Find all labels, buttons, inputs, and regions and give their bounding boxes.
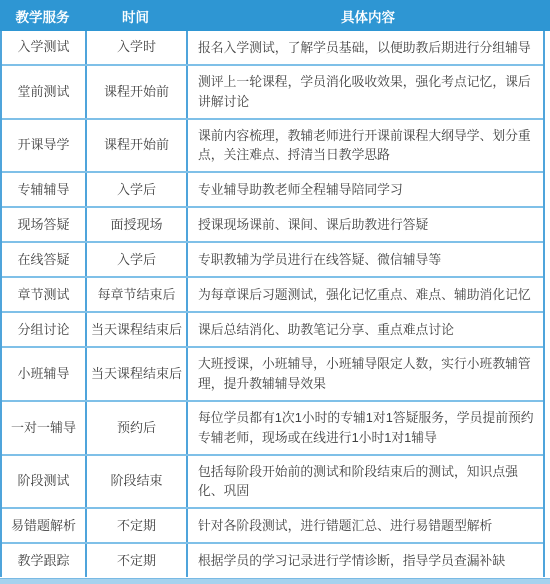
content-cell: 针对各阶段测试，进行错题汇总、进行易错题型解析 (188, 509, 543, 542)
content-cell: 包括每阶段开始前的测试和阶段结束后的测试，知识点强化、巩固 (188, 456, 543, 508)
table-row: 小班辅导 当天课程结束后 大班授课，小班辅导，小班辅导限定人数，实行小班教辅管理… (2, 346, 543, 400)
content-cell: 课前内容梳理，教辅老师进行开课前课程大纲导学、划分重点，关注难点、捋清当日教学思… (188, 120, 543, 172)
table-body: 入学测试 入学时 报名入学测试，了解学员基础，以便助教后期进行分组辅导 堂前测试… (0, 31, 545, 577)
time-cell: 预约后 (87, 402, 188, 454)
service-cell: 小班辅导 (2, 348, 87, 400)
content-cell: 授课现场课前、课间、课后助教进行答疑 (188, 208, 543, 241)
service-cell: 教学跟踪 (2, 544, 87, 577)
service-cell: 在线答疑 (2, 243, 87, 276)
time-cell: 课程开始前 (87, 120, 188, 172)
time-cell: 入学后 (87, 173, 188, 206)
table-row: 章节测试 每章节结束后 为每章课后习题测试，强化记忆重点、难点、辅助消化记忆 (2, 276, 543, 311)
service-cell: 堂前测试 (2, 66, 87, 118)
table-row: 在线答疑 入学后 专职教辅为学员进行在线答疑、微信辅导等 (2, 241, 543, 276)
service-cell: 入学测试 (2, 31, 87, 64)
time-cell: 当天课程结束后 (87, 313, 188, 346)
time-cell: 面授现场 (87, 208, 188, 241)
time-cell: 每章节结束后 (87, 278, 188, 311)
content-cell: 课后总结消化、助教笔记分享、重点难点讨论 (188, 313, 543, 346)
service-cell: 易错题解析 (2, 509, 87, 542)
content-cell: 专职教辅为学员进行在线答疑、微信辅导等 (188, 243, 543, 276)
table-row: 阶段测试 阶段结束 包括每阶段开始前的测试和阶段结束后的测试，知识点强化、巩固 (2, 454, 543, 508)
content-cell: 为每章课后习题测试，强化记忆重点、难点、辅助消化记忆 (188, 278, 543, 311)
time-cell: 不定期 (87, 509, 188, 542)
table-header-row: 教学服务 时间 具体内容 (0, 0, 550, 31)
time-cell: 阶段结束 (87, 456, 188, 508)
header-cell-time: 时间 (85, 6, 186, 26)
service-cell: 章节测试 (2, 278, 87, 311)
content-cell: 每位学员都有1次1小时的专辅1对1答疑服务，学员提前预约专辅老师，现场或在线进行… (188, 402, 543, 454)
time-cell: 不定期 (87, 544, 188, 577)
service-cell: 阶段测试 (2, 456, 87, 508)
bottom-accent-bar (0, 578, 550, 584)
table-row: 现场答疑 面授现场 授课现场课前、课间、课后助教进行答疑 (2, 206, 543, 241)
time-cell: 当天课程结束后 (87, 348, 188, 400)
service-cell: 分组讨论 (2, 313, 87, 346)
content-cell: 根据学员的学习记录进行学情诊断，指导学员查漏补缺 (188, 544, 543, 577)
header-cell-service: 教学服务 (0, 6, 85, 26)
table-row: 分组讨论 当天课程结束后 课后总结消化、助教笔记分享、重点难点讨论 (2, 311, 543, 346)
service-cell: 开课导学 (2, 120, 87, 172)
time-cell: 入学时 (87, 31, 188, 64)
content-cell: 专业辅导助教老师全程辅导陪同学习 (188, 173, 543, 206)
table-row: 易错题解析 不定期 针对各阶段测试，进行错题汇总、进行易错题型解析 (2, 507, 543, 542)
table-row: 教学跟踪 不定期 根据学员的学习记录进行学情诊断，指导学员查漏补缺 (2, 542, 543, 577)
service-cell: 专辅辅导 (2, 173, 87, 206)
service-cell: 现场答疑 (2, 208, 87, 241)
service-cell: 一对一辅导 (2, 402, 87, 454)
table-row: 入学测试 入学时 报名入学测试，了解学员基础，以便助教后期进行分组辅导 (2, 31, 543, 64)
table-row: 专辅辅导 入学后 专业辅导助教老师全程辅导陪同学习 (2, 171, 543, 206)
table-row: 开课导学 课程开始前 课前内容梳理，教辅老师进行开课前课程大纲导学、划分重点，关… (2, 118, 543, 172)
teaching-services-table-page: 教学服务 时间 具体内容 入学测试 入学时 报名入学测试，了解学员基础，以便助教… (0, 0, 550, 584)
time-cell: 入学后 (87, 243, 188, 276)
time-cell: 课程开始前 (87, 66, 188, 118)
header-cell-content: 具体内容 (186, 6, 550, 26)
table-row: 堂前测试 课程开始前 测评上一轮课程，学员消化吸收效果，强化考点记忆，课后讲解讨… (2, 64, 543, 118)
table-row: 一对一辅导 预约后 每位学员都有1次1小时的专辅1对1答疑服务，学员提前预约专辅… (2, 400, 543, 454)
content-cell: 大班授课，小班辅导，小班辅导限定人数，实行小班教辅管理，提升教辅辅导效果 (188, 348, 543, 400)
content-cell: 报名入学测试，了解学员基础，以便助教后期进行分组辅导 (188, 31, 543, 64)
content-cell: 测评上一轮课程，学员消化吸收效果，强化考点记忆，课后讲解讨论 (188, 66, 543, 118)
